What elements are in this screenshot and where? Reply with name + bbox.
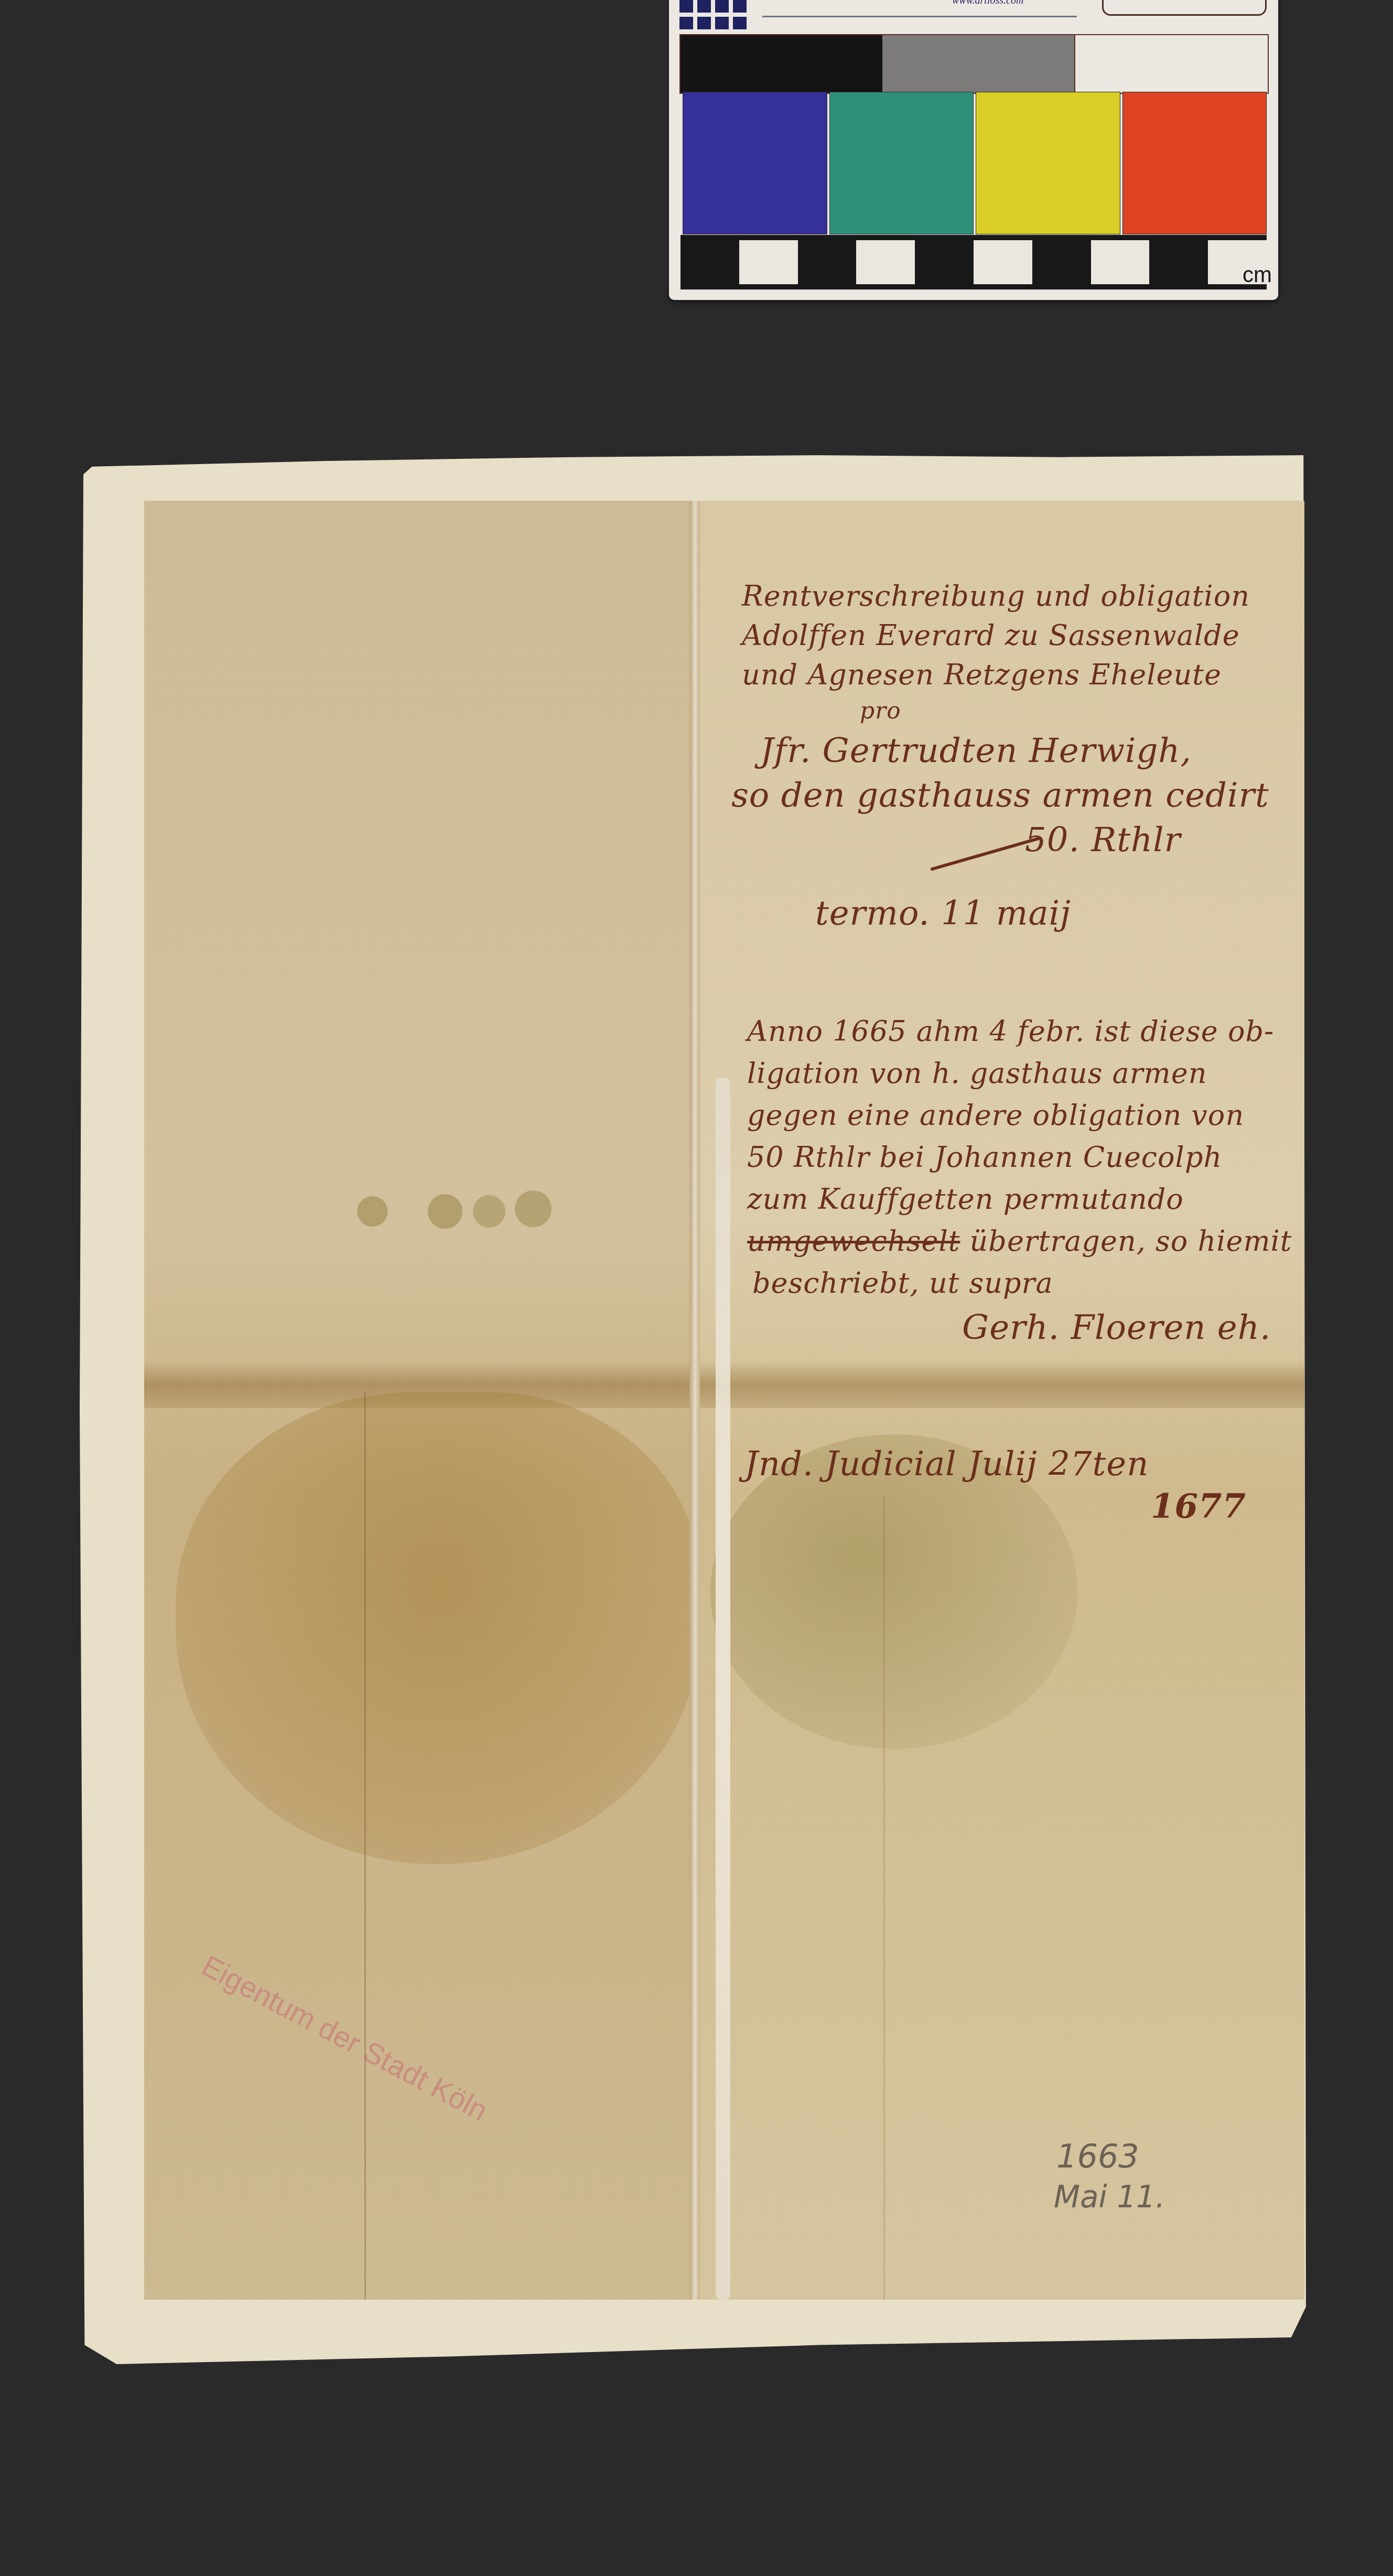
target-logo-badge (1102, 0, 1267, 16)
endorsement-amount: 50. Rthlr (1025, 821, 1181, 860)
gray-patch-black (681, 35, 882, 93)
endorsement-line-2: Adolffen Everard zu Sassenwalde (742, 619, 1240, 652)
fold-line-left (364, 1392, 366, 2300)
color-calibration-target: www.artloss.com cm (669, 0, 1278, 300)
scale-unit-label: cm (1243, 262, 1272, 287)
note-line-6-rest: übertragen, so hiemit (970, 1225, 1292, 1258)
endorsement-line-5: Jfr. Gertrudten Herwigh, (760, 732, 1192, 770)
manuscript-document: Eigentum der Stadt Köln Rentverschreibun… (144, 501, 1304, 2300)
note-line-7: beschriebt, ut supra (752, 1266, 1053, 1300)
color-patch-red (1122, 92, 1267, 234)
paper-repair-strip (716, 1078, 730, 2300)
fold-line-right (883, 1497, 885, 2300)
endorsement-line-4: pro (860, 697, 901, 724)
pencil-year: 1663 (1056, 2137, 1139, 2175)
color-patch-yellow (976, 92, 1120, 234)
endorsement-line-3: und Agnesen Retzgens Eheleute (742, 658, 1222, 691)
note-line-1: Anno 1665 ahm 4 febr. ist diese ob- (747, 1015, 1274, 1048)
note-line-6: umgewechselt übertragen, so hiemit (747, 1225, 1292, 1258)
pencil-date: Mai 11. (1054, 2179, 1165, 2215)
note-line-3: gegen eine andere obligation von (747, 1099, 1244, 1132)
struck-word: umgewechselt (747, 1225, 960, 1258)
endorsement-line-1: Rentverschreibung und obligation (742, 579, 1250, 613)
vertical-fold (689, 501, 700, 2300)
cm-scale-bar (681, 235, 1267, 289)
logo-dots-icon (679, 0, 753, 16)
note-line-4: 50 Rthlr bei Johannen Cuecolph (747, 1141, 1222, 1174)
note-line-2: ligation von h. gasthaus armen (747, 1057, 1207, 1090)
stain-dots (346, 1185, 566, 1238)
signature: Gerh. Floeren eh. (962, 1308, 1271, 1347)
color-patch-row (683, 92, 1267, 234)
target-rule (762, 16, 1077, 17)
water-stain-left (176, 1392, 700, 1864)
term-line: termo. 11 maij (815, 894, 1071, 933)
endorsement-line-6: so den gasthauss armen cedirt (731, 776, 1269, 815)
gray-patch-white (1074, 35, 1268, 93)
note-line-5: zum Kauffgetten permutando (747, 1183, 1184, 1216)
target-url: www.artloss.com (952, 0, 1023, 7)
judicial-year: 1677 (1151, 1487, 1246, 1526)
color-patch-green (829, 92, 974, 234)
gray-patch-row (679, 34, 1269, 94)
judicial-note: Jnd. Judicial Julij 27ten (744, 1445, 1149, 1484)
gray-patch-mid (882, 35, 1075, 93)
color-patch-blue (683, 92, 827, 234)
